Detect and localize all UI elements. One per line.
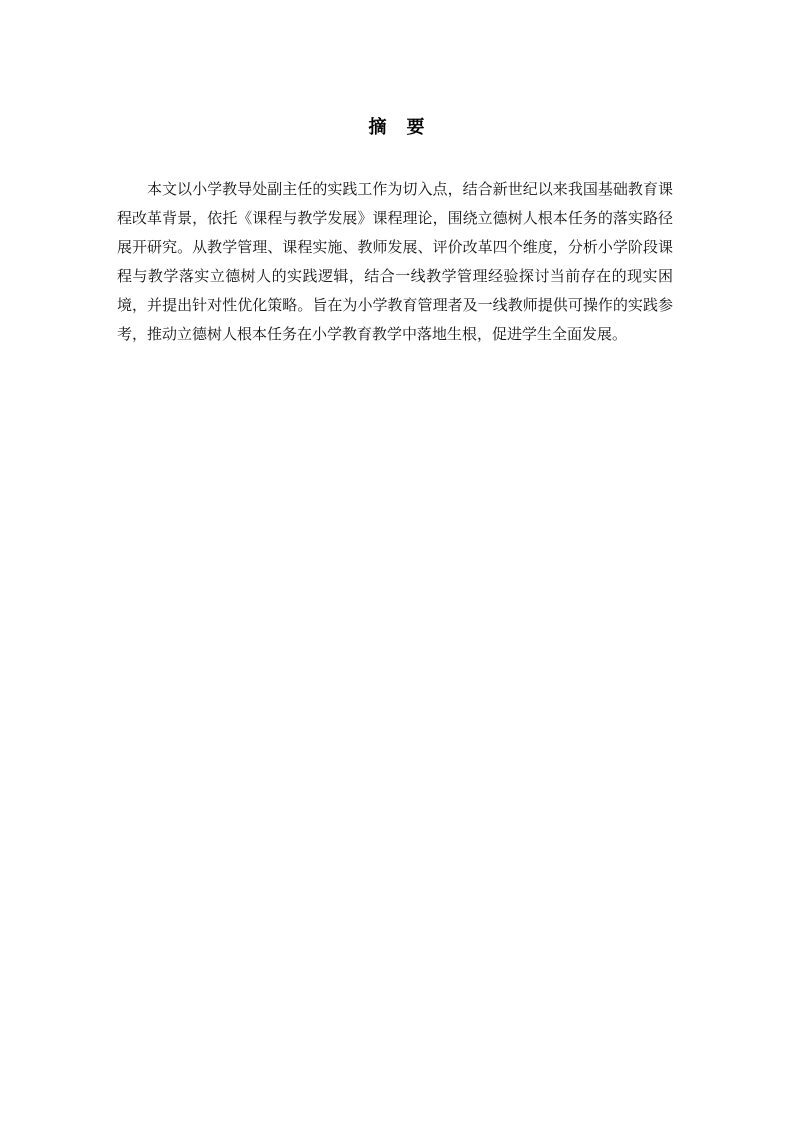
abstract-paragraph: 本文以小学教导处副主任的实践工作为切入点，结合新世纪以来我国基础教育课程改革背景…: [117, 175, 673, 349]
page-title: 摘要: [0, 113, 793, 139]
document-page: 摘要 本文以小学教导处副主任的实践工作为切入点，结合新世纪以来我国基础教育课程改…: [0, 0, 793, 1122]
title-char-1: 摘: [369, 113, 387, 139]
title-char-2: 要: [407, 113, 425, 139]
